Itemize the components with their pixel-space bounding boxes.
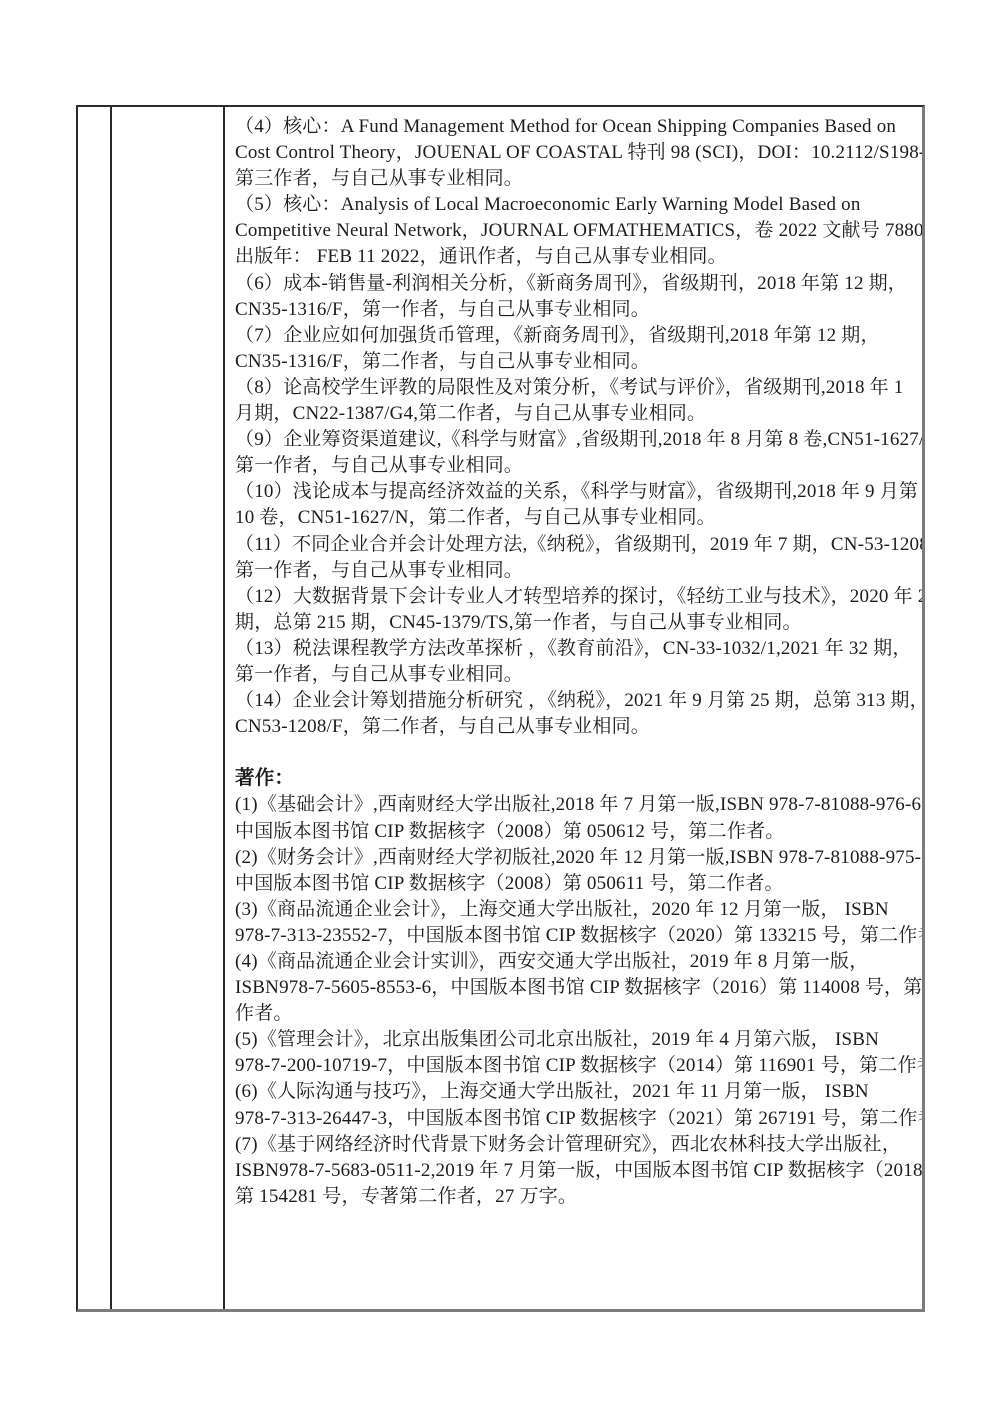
table-cell-content: （4）核心：A Fund Management Method for Ocean… [225, 107, 922, 1309]
work-line: ISBN978-7-5683-0511-2,2019 年 7 月第一版，中国版本… [235, 1158, 914, 1184]
work-line: (4)《商品流通企业会计实训》，西安交通大学出版社，2019 年 8 月第一版， [235, 949, 914, 975]
publication-line: （13）税法课程教学方法改革探析 ，《教育前沿》，CN-33-1032/1,20… [235, 636, 914, 662]
publications-list: （4）核心：A Fund Management Method for Ocean… [235, 114, 914, 740]
table-column-index-empty [78, 107, 112, 1309]
work-line: (6)《人际沟通与技巧》，上海交通大学出版社，2021 年 11 月第一版， I… [235, 1079, 914, 1105]
work-line: 978-7-200-10719-7，中国版本图书馆 CIP 数据核字（2014）… [235, 1053, 914, 1079]
publication-line: （10）浅论成本与提高经济效益的关系，《科学与财富》，省级期刊,2018 年 9… [235, 479, 914, 505]
work-line: 中国版本图书馆 CIP 数据核字（2008）第 050612 号，第二作者。 [235, 819, 914, 845]
publication-line: CN53-1208/F，第二作者，与自己从事专业相同。 [235, 714, 914, 740]
publication-line: CN35-1316/F，第二作者，与自己从事专业相同。 [235, 349, 914, 375]
work-line: 作者。 [235, 1001, 914, 1027]
publication-line: 第一作者，与自己从事专业相同。 [235, 662, 914, 688]
publication-line: （8）论高校学生评教的局限性及对策分析，《考试与评价》，省级期刊,2018 年 … [235, 375, 914, 401]
work-line: 978-7-313-26447-3，中国版本图书馆 CIP 数据核字（2021）… [235, 1106, 914, 1132]
publication-line: 出版年： FEB 11 2022，通讯作者，与自己从事专业相同。 [235, 244, 914, 270]
work-line: ISBN978-7-5605-8553-6，中国版本图书馆 CIP 数据核字（2… [235, 975, 914, 1001]
publication-line: 月期，CN22-1387/G4,第二作者，与自己从事专业相同。 [235, 401, 914, 427]
works-list: (1)《基础会计》,西南财经大学出版社,2018 年 7 月第一版,ISBN 9… [235, 792, 914, 1210]
work-line: (7)《基于网络经济时代背景下财务会计管理研究》，西北农林科技大学出版社， [235, 1132, 914, 1158]
work-line: (2)《财务会计》,西南财经大学初版社,2020 年 12 月第一版,ISBN … [235, 845, 914, 871]
publication-line: （11）不同企业合并会计处理方法,《纳税》，省级期刊，2019 年 7 期，CN… [235, 532, 914, 558]
publication-line: Cost Control Theory，JOUENAL OF COASTAL 特… [235, 140, 914, 166]
work-line: (5)《管理会计》，北京出版集团公司北京出版社，2019 年 4 月第六版， I… [235, 1027, 914, 1053]
work-line: 中国版本图书馆 CIP 数据核字（2008）第 050611 号，第二作者。 [235, 871, 914, 897]
publication-line: 第三作者，与自己从事专业相同。 [235, 166, 914, 192]
publication-line: （4）核心：A Fund Management Method for Ocean… [235, 114, 914, 140]
document-table: （4）核心：A Fund Management Method for Ocean… [76, 105, 925, 1312]
table-column-label-empty [112, 107, 225, 1309]
publication-line: （9）企业筹资渠道建议,《科学与财富》,省级期刊,2018 年 8 月第 8 卷… [235, 427, 914, 453]
publication-line: （6）成本-销售量-利润相关分析，《新商务周刊》，省级期刊，2018 年第 12… [235, 271, 914, 297]
work-line: 第 154281 号，专著第二作者，27 万字。 [235, 1184, 914, 1210]
publication-line: 第一作者，与自己从事专业相同。 [235, 558, 914, 584]
publication-line: （5）核心：Analysis of Local Macroeconomic Ea… [235, 192, 914, 218]
publication-line: Competitive Neural Network，JOURNAL OFMAT… [235, 218, 914, 244]
publication-line: （12）大数据背景下会计专业人才转型培养的探讨，《轻纺工业与技术》，2020 年… [235, 584, 914, 610]
publication-line: （7）企业应如何加强货币管理，《新商务周刊》，省级期刊,2018 年第 12 期… [235, 323, 914, 349]
publication-line: 期，总第 215 期，CN45-1379/TS,第一作者，与自己从事专业相同。 [235, 610, 914, 636]
work-line: (3)《商品流通企业会计》，上海交通大学出版社，2020 年 12 月第一版， … [235, 897, 914, 923]
work-line: 978-7-313-23552-7，中国版本图书馆 CIP 数据核字（2020）… [235, 923, 914, 949]
publication-line: （14）企业会计筹划措施分析研究 ，《纳税》，2021 年 9 月第 25 期，… [235, 688, 914, 714]
publication-line: CN35-1316/F，第一作者，与自己从事专业相同。 [235, 297, 914, 323]
document-page: （4）核心：A Fund Management Method for Ocean… [0, 0, 1001, 1416]
works-section-header: 著作： [235, 766, 914, 792]
publication-line: 第一作者，与自己从事专业相同。 [235, 453, 914, 479]
work-line: (1)《基础会计》,西南财经大学出版社,2018 年 7 月第一版,ISBN 9… [235, 792, 914, 818]
publication-line: 10 卷，CN51-1627/N，第二作者，与自己从事专业相同。 [235, 505, 914, 531]
